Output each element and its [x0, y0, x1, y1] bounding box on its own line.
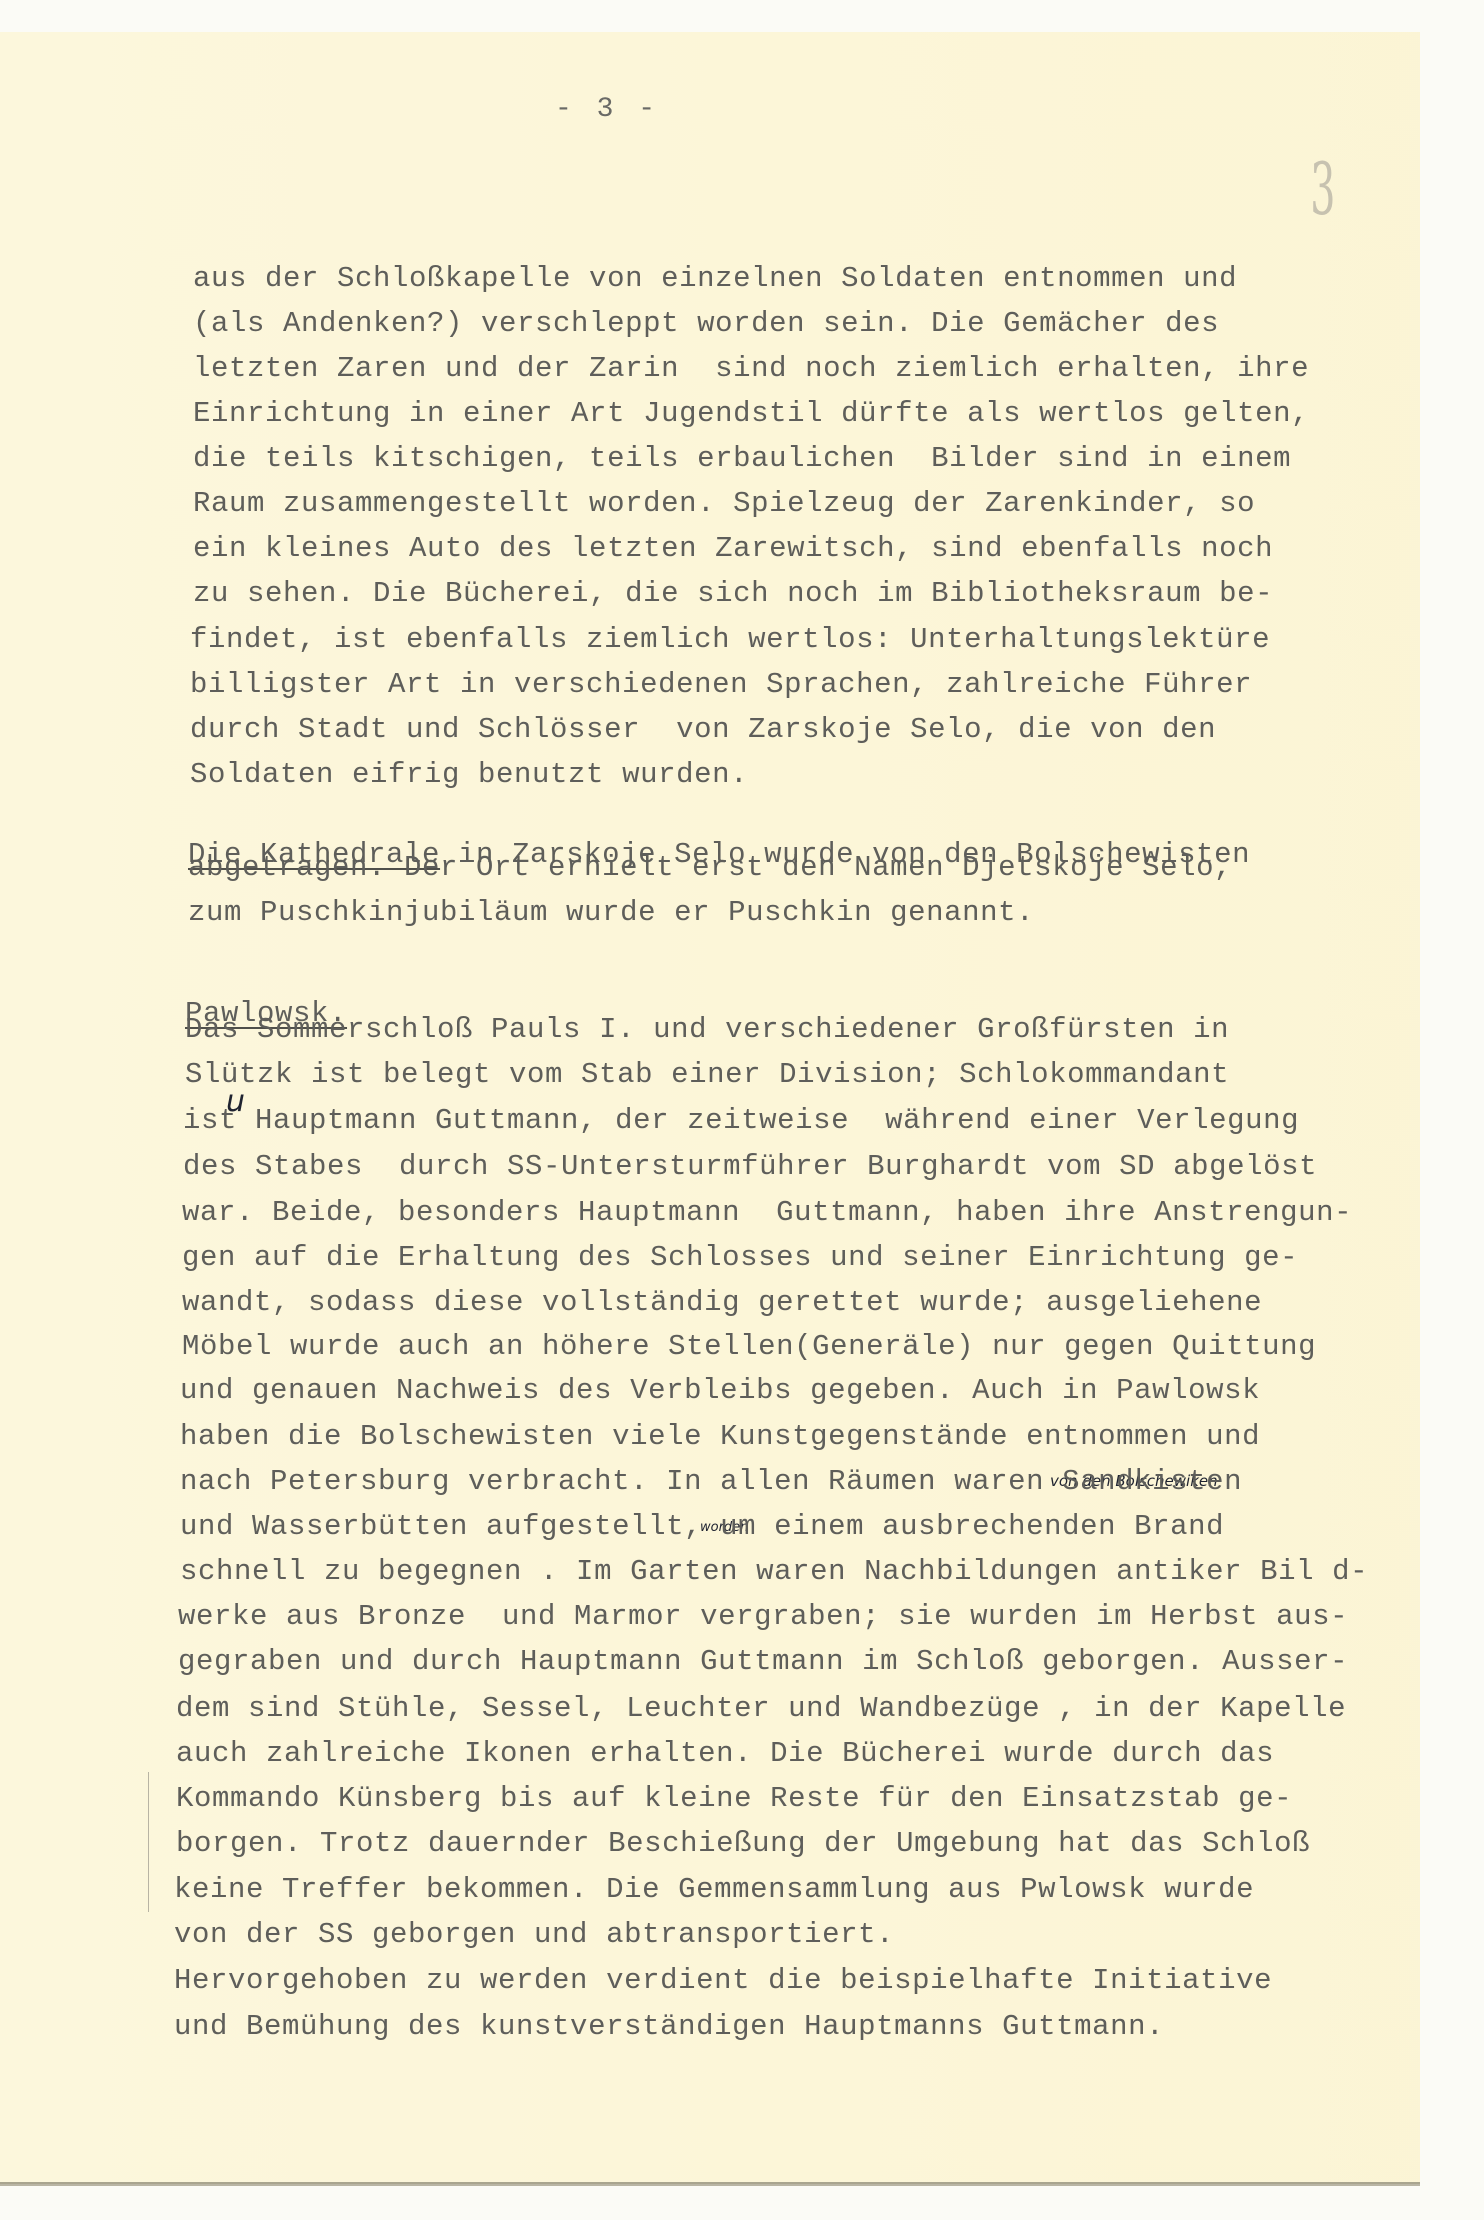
text-line: und genauen Nachweis des Verbleibs gegeb… [180, 1374, 1260, 1407]
text-line: schnell zu begegnen . Im Garten waren Na… [180, 1555, 1368, 1588]
typewritten-body: Die Kathedrale in Zarskoje Selo wurde vo… [0, 32, 1420, 2182]
document-page: - 3 - 3 Die Kathedrale in Zarskoje Selo … [0, 32, 1420, 2184]
text-line: borgen. Trotz dauernder Beschießung der … [176, 1827, 1310, 1860]
text-line: gen auf die Erhaltung des Schlosses und … [182, 1241, 1298, 1274]
text-line: gegraben und durch Hauptmann Guttmann im… [178, 1645, 1348, 1678]
text-line: letzten Zaren und der Zarin sind noch zi… [193, 352, 1309, 385]
text-line: auch zahlreiche Ikonen erhalten. Die Büc… [176, 1737, 1274, 1770]
text-line: abgetragen. Der Ort erhielt erst den Nam… [188, 851, 1232, 884]
margin-pencil-line [148, 1772, 149, 1912]
text-line: Hervorgehoben zu werden verdient die bei… [174, 1964, 1272, 1997]
text-line: durch Stadt und Schlösser von Zarskoje S… [190, 713, 1216, 746]
text-line: dem sind Stühle, Sessel, Leuchter und Wa… [176, 1692, 1346, 1725]
text-line: aus der Schloßkapelle von einzelnen Sold… [193, 262, 1237, 295]
text-line: Kommando Künsberg bis auf kleine Reste f… [176, 1782, 1292, 1815]
text-line: Möbel wurde auch an höhere Stellen(Gener… [182, 1330, 1316, 1363]
text-line: wandt, sodass diese vollständig gerettet… [182, 1286, 1262, 1319]
text-line: Slützk ist belegt vom Stab einer Divisio… [185, 1058, 1229, 1091]
text-line: Einrichtung in einer Art Jugendstil dürf… [193, 397, 1309, 430]
text-line: Raum zusammengestellt worden. Spielzeug … [193, 487, 1255, 520]
text-line: (als Andenken?) verschleppt worden sein.… [193, 307, 1219, 340]
text-line: werke aus Bronze und Marmor vergraben; s… [178, 1600, 1348, 1633]
text-line: haben die Bolschewisten viele Kunstgegen… [180, 1420, 1260, 1453]
text-line: und Bemühung des kunstverständigen Haupt… [174, 2010, 1164, 2043]
text-line: war. Beide, besonders Hauptmann Guttmann… [182, 1196, 1352, 1229]
text-line: zum Puschkinjubiläum wurde er Puschkin g… [188, 896, 1034, 929]
text-line: Das Sommerschloß Pauls I. und verschiede… [185, 1013, 1229, 1046]
text-line: ist Hauptmann Guttmann, der zeitweise wä… [183, 1104, 1299, 1137]
text-line: von der SS geborgen und abtransportiert. [174, 1918, 894, 1951]
text-line: billigster Art in verschiedenen Sprachen… [190, 668, 1252, 701]
text-line: keine Treffer bekommen. Die Gemmensammlu… [174, 1873, 1254, 1906]
text-line: die teils kitschigen, teils erbaulichen … [193, 442, 1291, 475]
text-line: findet, ist ebenfalls ziemlich wertlos: … [190, 623, 1270, 656]
text-line: zu sehen. Die Bücherei, die sich noch im… [193, 577, 1273, 610]
text-line: ein kleines Auto des letzten Zarewitsch,… [193, 532, 1273, 565]
text-line: nach Petersburg verbracht. In allen Räum… [180, 1465, 1242, 1498]
text-line: Soldaten eifrig benutzt wurden. [190, 758, 748, 791]
text-line: und Wasserbütten aufgestellt, um einem a… [180, 1510, 1224, 1543]
text-line: des Stabes durch SS-Untersturmführer Bur… [183, 1150, 1317, 1183]
